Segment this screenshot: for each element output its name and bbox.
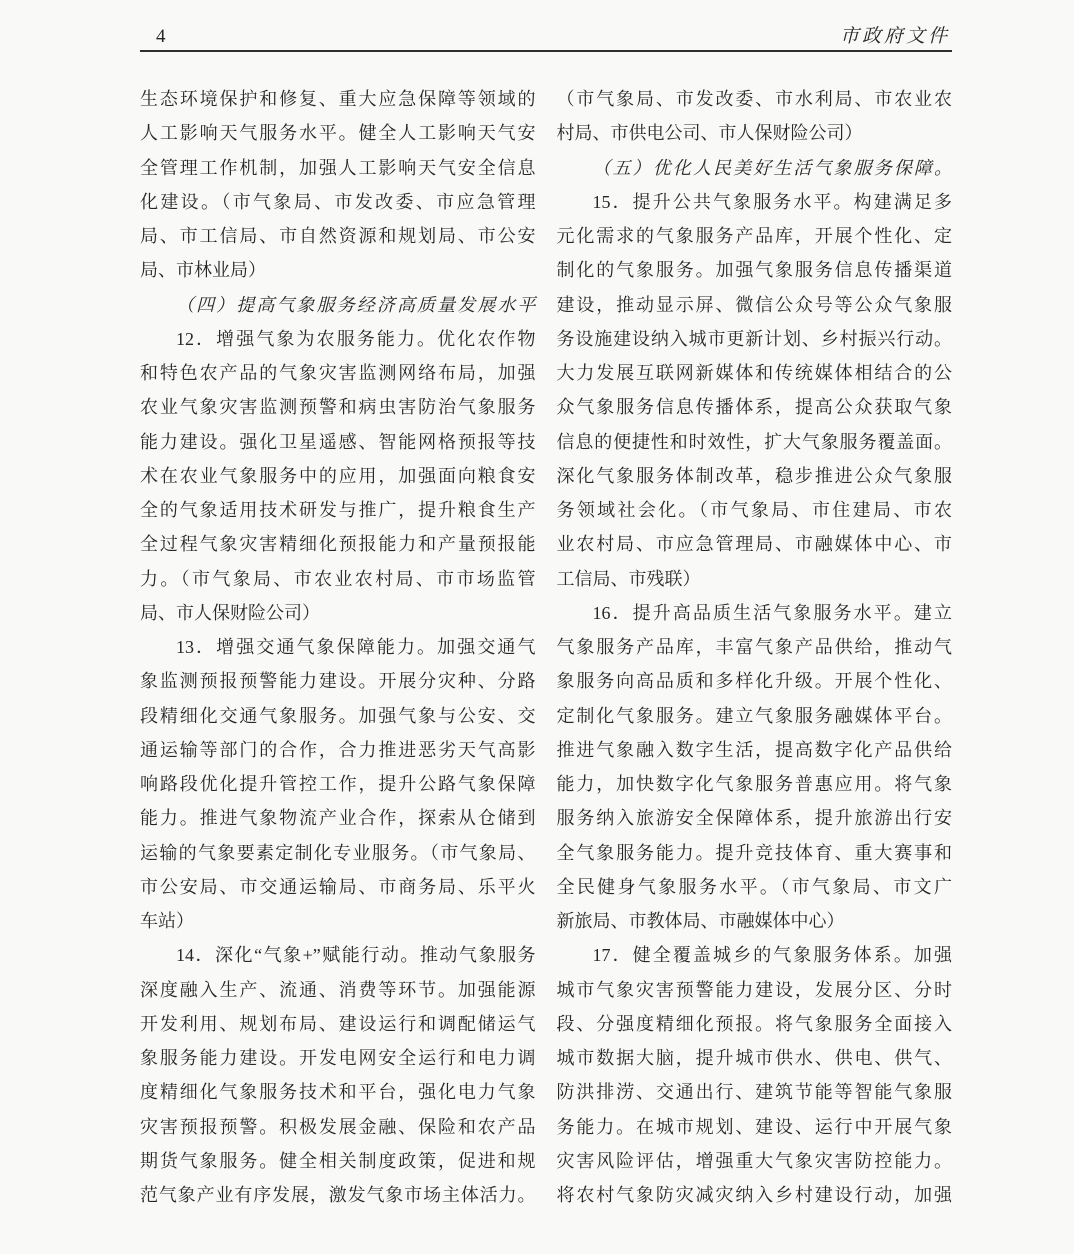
- text-line: 农业气象灾害监测预警和病虫害防治气象服务: [140, 390, 536, 424]
- text-line: 开发利用、规划布局、建设运行和调配储运气: [140, 1007, 536, 1041]
- text-line: 能力，加快数字化气象服务普惠应用。将气象: [557, 767, 953, 801]
- text-line: 生态环境保护和修复、重大应急保障等领域的: [140, 82, 536, 116]
- text-line: 象服务向高品质和多样化升级。开展个性化、: [557, 664, 953, 698]
- text-line: 全民健身气象服务水平。（市气象局、市文广: [557, 870, 953, 904]
- text-line: 深度融入生产、流通、消费等环节。加强能源: [140, 973, 536, 1007]
- text-line: 元化需求的气象服务产品库，开展个性化、定: [557, 219, 953, 253]
- text-line: 车站）: [140, 904, 536, 938]
- text-line: 建设，推动显示屏、微信公众号等公众气象服: [557, 288, 953, 322]
- text-line: 灾害预报预警。积极发展金融、保险和农产品: [140, 1110, 536, 1144]
- text-line: 灾害风险评估，增强重大气象灾害防控能力。: [557, 1144, 953, 1178]
- text-line: 化建设。（市气象局、市发改委、市应急管理: [140, 185, 536, 219]
- text-line: 务领域社会化。（市气象局、市住建局、市农: [557, 493, 953, 527]
- text-line: 信息的便捷性和时效性，扩大气象服务覆盖面。: [557, 425, 953, 459]
- text-line: 服务纳入旅游安全保障体系，提升旅游出行安: [557, 801, 953, 835]
- text-line: 务能力。在城市规划、建设、运行中开展气象: [557, 1110, 953, 1144]
- left-column: 生态环境保护和修复、重大应急保障等领域的人工影响天气服务水平。健全人工影响天气安…: [140, 82, 536, 1212]
- text-columns: 生态环境保护和修复、重大应急保障等领域的人工影响天气服务水平。健全人工影响天气安…: [140, 82, 952, 1212]
- right-column: （市气象局、市发改委、市水利局、市农业农村局、市供电公司、市人保财险公司）（五）…: [557, 82, 953, 1212]
- text-line: 务设施建设纳入城市更新计划、乡村振兴行动。: [557, 322, 953, 356]
- text-line: 象服务能力建设。开发电网安全运行和电力调: [140, 1041, 536, 1075]
- header-doc-label: 市政府文件: [840, 21, 950, 48]
- text-line: 17．健全覆盖城乡的气象服务体系。加强: [557, 938, 953, 972]
- text-line: 和特色农产品的气象灾害监测网络布局，加强: [140, 356, 536, 390]
- text-line: 新旅局、市教体局、市融媒体中心）: [557, 904, 953, 938]
- text-line: 全的气象适用技术研发与推广，提升粮食生产: [140, 493, 536, 527]
- text-line: 村局、市供电公司、市人保财险公司）: [557, 116, 953, 150]
- text-line: 局、市工信局、市自然资源和规划局、市公安: [140, 219, 536, 253]
- text-line: 16．提升高品质生活气象服务水平。建立: [557, 596, 953, 630]
- text-line: 段精细化交通气象服务。加强气象与公安、交: [140, 699, 536, 733]
- page-number: 4: [156, 26, 167, 48]
- text-line: 能力。推进气象物流产业合作，探索从仓储到: [140, 801, 536, 835]
- text-line: 气象服务产品库，丰富气象产品供给，推动气: [557, 630, 953, 664]
- text-line: （四）提高气象服务经济高质量发展水平: [140, 288, 536, 322]
- text-line: 推进气象融入数字生活，提高数字化产品供给: [557, 733, 953, 767]
- text-line: 深化气象服务体制改革，稳步推进公众气象服: [557, 459, 953, 493]
- text-line: 将农村气象防灾减灾纳入乡村建设行动，加强: [557, 1178, 953, 1212]
- text-line: 段、分强度精细化预报。将气象服务全面接入: [557, 1007, 953, 1041]
- text-line: 响路段优化提升管控工作，提升公路气象保障: [140, 767, 536, 801]
- text-line: 市公安局、市交通运输局、市商务局、乐平火: [140, 870, 536, 904]
- text-line: （五）优化人民美好生活气象服务保障。: [557, 151, 953, 185]
- header-rule: [140, 50, 952, 52]
- text-line: 全过程气象灾害精细化预报能力和产量预报能: [140, 527, 536, 561]
- text-line: （市气象局、市发改委、市水利局、市农业农: [557, 82, 953, 116]
- text-line: 14．深化“气象+”赋能行动。推动气象服务: [140, 938, 536, 972]
- text-line: 度精细化气象服务技术和平台，强化电力气象: [140, 1075, 536, 1109]
- page-content: 4 市政府文件 生态环境保护和修复、重大应急保障等领域的人工影响天气服务水平。健…: [140, 22, 952, 1212]
- text-line: 众气象服务信息传播体系，提高公众获取气象: [557, 390, 953, 424]
- text-line: 15．提升公共气象服务水平。构建满足多: [557, 185, 953, 219]
- text-line: 防洪排涝、交通出行、建筑节能等智能气象服: [557, 1075, 953, 1109]
- text-line: 城市气象灾害预警能力建设，发展分区、分时: [557, 973, 953, 1007]
- text-line: 运输的气象要素定制化专业服务。（市气象局、: [140, 836, 536, 870]
- text-line: 12．增强气象为农服务能力。优化农作物: [140, 322, 536, 356]
- text-line: 能力建设。强化卫星遥感、智能网格预报等技: [140, 425, 536, 459]
- text-line: 全气象服务能力。提升竞技体育、重大赛事和: [557, 836, 953, 870]
- text-line: 通运输等部门的合作，合力推进恶劣天气高影: [140, 733, 536, 767]
- text-line: 人工影响天气服务水平。健全人工影响天气安: [140, 116, 536, 150]
- text-line: 局、市人保财险公司）: [140, 596, 536, 630]
- text-line: 期货气象服务。健全相关制度政策，促进和规: [140, 1144, 536, 1178]
- text-line: 定制化气象服务。建立气象服务融媒体平台。: [557, 699, 953, 733]
- page-header: 4 市政府文件: [140, 22, 952, 48]
- text-line: 全管理工作机制，加强人工影响天气安全信息: [140, 151, 536, 185]
- text-line: 力。（市气象局、市农业农村局、市市场监管: [140, 562, 536, 596]
- text-line: 13．增强交通气象保障能力。加强交通气: [140, 630, 536, 664]
- text-line: 业农村局、市应急管理局、市融媒体中心、市: [557, 527, 953, 561]
- text-line: 范气象产业有序发展，激发气象市场主体活力。: [140, 1178, 536, 1212]
- text-line: 制化的气象服务。加强气象服务信息传播渠道: [557, 253, 953, 287]
- text-line: 象监测预报预警能力建设。开展分灾种、分路: [140, 664, 536, 698]
- text-line: 大力发展互联网新媒体和传统媒体相结合的公: [557, 356, 953, 390]
- text-line: 城市数据大脑，提升城市供水、供电、供气、: [557, 1041, 953, 1075]
- text-line: 工信局、市残联）: [557, 562, 953, 596]
- text-line: 术在农业气象服务中的应用，加强面向粮食安: [140, 459, 536, 493]
- text-line: 局、市林业局）: [140, 253, 536, 287]
- document-page: 4 市政府文件 生态环境保护和修复、重大应急保障等领域的人工影响天气服务水平。健…: [0, 0, 1074, 1254]
